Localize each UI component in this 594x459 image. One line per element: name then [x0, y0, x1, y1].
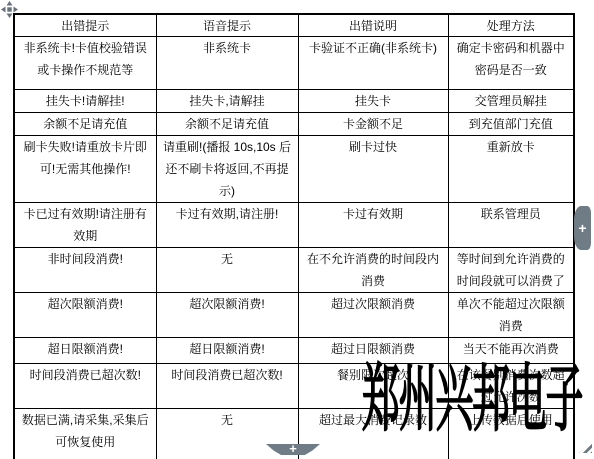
table-cell[interactable]: 联系管理员 [448, 203, 574, 248]
table-cell[interactable]: 超次限额消费! [14, 293, 156, 338]
table-row: 超日限额消费!超日限额消费!超过日限额消费当天不能再次消费 [14, 338, 574, 364]
table-cell[interactable]: 超过最大消费记录数 [298, 409, 448, 459]
table-cell[interactable]: 卡金额不足 [298, 113, 448, 136]
table-cell[interactable]: 到充值部门充值 [448, 113, 574, 136]
table-cell[interactable]: 上传数据后使用 [448, 409, 574, 459]
table-resize-grip[interactable] [579, 441, 592, 453]
table-cell[interactable]: 非系统卡!卡值校验错误或卡操作不规范等 [14, 37, 156, 90]
table-cell[interactable]: 余额不足请充值 [156, 113, 298, 136]
table-cell[interactable]: 重新放卡 [448, 136, 574, 203]
table-cell[interactable]: 卡已过有效期!请注册有效期 [14, 203, 156, 248]
table-cell[interactable]: 交管理员解挂 [448, 90, 574, 113]
table-cell[interactable]: 餐别限次超次 [298, 364, 448, 409]
table-cell[interactable]: 时间段消费已超次数! [14, 364, 156, 409]
table-header-cell: 处理方法 [448, 14, 574, 37]
table-cell[interactable]: 在不允许消费的时间段内消费 [298, 248, 448, 293]
table-cell[interactable]: 非时间段消费! [14, 248, 156, 293]
table-cell[interactable]: 无 [156, 248, 298, 293]
error-table-body: 非系统卡!卡值校验错误或卡操作不规范等非系统卡卡验证不正确(非系统卡)确定卡密码… [14, 37, 574, 459]
table-header-cell: 语音提示 [156, 14, 298, 37]
table-cell[interactable]: 超日限额消费! [156, 338, 298, 364]
table-cell[interactable]: 余额不足请充值 [14, 113, 156, 136]
table-cell[interactable]: 卡过有效期 [298, 203, 448, 248]
table-cell[interactable]: 挂失卡!请解挂! [14, 90, 156, 113]
table-row: 余额不足请充值余额不足请充值卡金额不足到充值部门充值 [14, 113, 574, 136]
table-cell[interactable]: 当天不能再次消费 [448, 338, 574, 364]
table-cell[interactable]: 超次限额消费! [156, 293, 298, 338]
table-cell[interactable]: 时间段消费已超次数! [156, 364, 298, 409]
table-cell[interactable]: 挂失卡 [298, 90, 448, 113]
table-cell[interactable]: 确定卡密码和机器中密码是否一致 [448, 37, 574, 90]
table-row: 卡已过有效期!请注册有效期卡过有效期,请注册!卡过有效期联系管理员 [14, 203, 574, 248]
table-cell[interactable]: 卡验证不正确(非系统卡) [298, 37, 448, 90]
plus-icon: + [289, 444, 297, 454]
error-code-table: 出错提示语音提示出错说明处理方法 非系统卡!卡值校验错误或卡操作不规范等非系统卡… [13, 13, 575, 459]
table-cell[interactable]: 挂失卡,请解挂 [156, 90, 298, 113]
table-row: 超次限额消费!超次限额消费!超过次限额消费单次不能超过次限额消费 [14, 293, 574, 338]
table-row: 时间段消费已超次数!时间段消费已超次数!餐别限次超次在该餐别消费次数超过允许次数 [14, 364, 574, 409]
table-cell[interactable]: 在该餐别消费次数超过允许次数 [448, 364, 574, 409]
table-cell[interactable]: 超过日限额消费 [298, 338, 448, 364]
add-column-handle[interactable]: + [574, 206, 591, 250]
plus-icon: + [578, 220, 586, 236]
table-cell[interactable]: 超过次限额消费 [298, 293, 448, 338]
table-row: 非时间段消费!无在不允许消费的时间段内消费等时间到允许消费的时间段就可以消费了 [14, 248, 574, 293]
document-canvas: 出错提示语音提示出错说明处理方法 非系统卡!卡值校验错误或卡操作不规范等非系统卡… [0, 0, 594, 459]
table-header-cell: 出错提示 [14, 14, 156, 37]
table-header-row: 出错提示语音提示出错说明处理方法 [14, 14, 574, 37]
table-cell[interactable]: 单次不能超过次限额消费 [448, 293, 574, 338]
table-cell[interactable]: 刷卡过快 [298, 136, 448, 203]
table-cell[interactable]: 等时间到允许消费的时间段就可以消费了 [448, 248, 574, 293]
table-cell[interactable]: 刷卡失败!请重放卡片即可!无需其他操作! [14, 136, 156, 203]
table-cell[interactable]: 卡过有效期,请注册! [156, 203, 298, 248]
table-cell[interactable]: 请重刷!(播报 10s,10s 后还不刷卡将返回,不再提示) [156, 136, 298, 203]
table-header-cell: 出错说明 [298, 14, 448, 37]
table-cell[interactable]: 数据已满,请采集,采集后可恢复使用 [14, 409, 156, 459]
table-cell[interactable]: 超日限额消费! [14, 338, 156, 364]
table-row: 非系统卡!卡值校验错误或卡操作不规范等非系统卡卡验证不正确(非系统卡)确定卡密码… [14, 37, 574, 90]
table-cell[interactable]: 非系统卡 [156, 37, 298, 90]
table-row: 挂失卡!请解挂!挂失卡,请解挂挂失卡交管理员解挂 [14, 90, 574, 113]
table-row: 刷卡失败!请重放卡片即可!无需其他操作!请重刷!(播报 10s,10s 后还不刷… [14, 136, 574, 203]
